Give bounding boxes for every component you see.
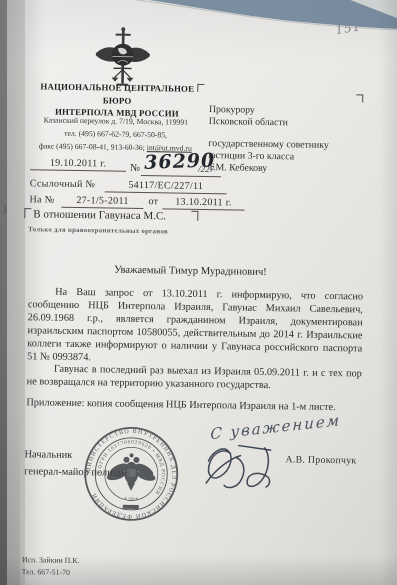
- org-address-block: Казанский переулок д. 7/19, Москва, 1199…: [16, 113, 215, 155]
- incoming-date: 13.10.2011 г.: [162, 196, 244, 210]
- number-sign: №: [130, 163, 140, 174]
- subject-bracket-left: [24, 208, 31, 218]
- left-edge-mark: [4, 205, 6, 214]
- signer-name: А.В. Прокопчук: [285, 454, 356, 466]
- body-paragraph-2: Гавунас в последний раз выехал из Израил…: [27, 362, 362, 393]
- stamp-ribbon: [123, 505, 139, 509]
- mvd-round-stamp: МИНИСТЕРСТВО ВНУТРЕННИХ ДЕЛ РОССИЙСКОЙ Ф…: [83, 425, 180, 522]
- subject-line: В отношении Гавунаса М.С.: [33, 208, 166, 222]
- attachment-line: Приложение: копия сообщения НЦБ Интерпол…: [26, 397, 335, 413]
- scanned-letter-photo: 151 НАЦИОНАЛЬНОЕ ЦЕНТРАЛЬНОЕ БЮРО ИН: [0, 0, 397, 585]
- incoming-value: 27-1/5-2011: [61, 195, 143, 209]
- handwritten-page-number: 151: [334, 19, 362, 37]
- org-name-line1: НАЦИОНАЛЬНОЕ ЦЕНТРАЛЬНОЕ БЮРО: [29, 80, 205, 108]
- recipient-line: Т.М. Кебекову: [208, 162, 378, 177]
- page-content: 151 НАЦИОНАЛЬНОЕ ЦЕНТРАЛЬНОЕ БЮРО ИН: [0, 0, 397, 585]
- signer-position-line1: Начальник: [24, 449, 72, 461]
- incoming-label: На №: [29, 194, 54, 205]
- body-paragraph-1: На Ваш запрос от 13.10.2011 г. информиру…: [27, 285, 363, 368]
- subject-bracket-right: [191, 211, 198, 221]
- incoming-from-label: от: [148, 196, 158, 207]
- recipient-block: Прокурору Псковской области государствен…: [208, 104, 379, 177]
- reference-value: 54117/ЕС/227/11: [105, 179, 227, 194]
- org-fax: факс (495) 667-08-41, 913-60-36;: [39, 141, 145, 152]
- stamp-number: * 29 *: [124, 497, 138, 503]
- corner-mark-top-right: [356, 94, 363, 102]
- corner-mark-top-left: [197, 84, 204, 92]
- executor-phone: Тел. 667-51-70: [22, 566, 80, 579]
- signature-stroke: [200, 437, 296, 496]
- restriction-note: Только для правоохранительных органов: [28, 226, 168, 235]
- executor-block: Исп. Зайкин П.К. Тел. 667-51-70: [22, 554, 80, 579]
- outgoing-date: 19.10.2011 г.: [30, 157, 126, 172]
- salutation: Уважаемый Тимур Мурадинович!: [40, 263, 340, 279]
- outgoing-number-suffix: /227: [198, 164, 214, 174]
- reference-label: Ссылочный №: [30, 178, 96, 190]
- coat-of-arms-eagle-icon: [106, 453, 157, 491]
- executor-name: Исп. Зайкин П.К.: [22, 554, 80, 567]
